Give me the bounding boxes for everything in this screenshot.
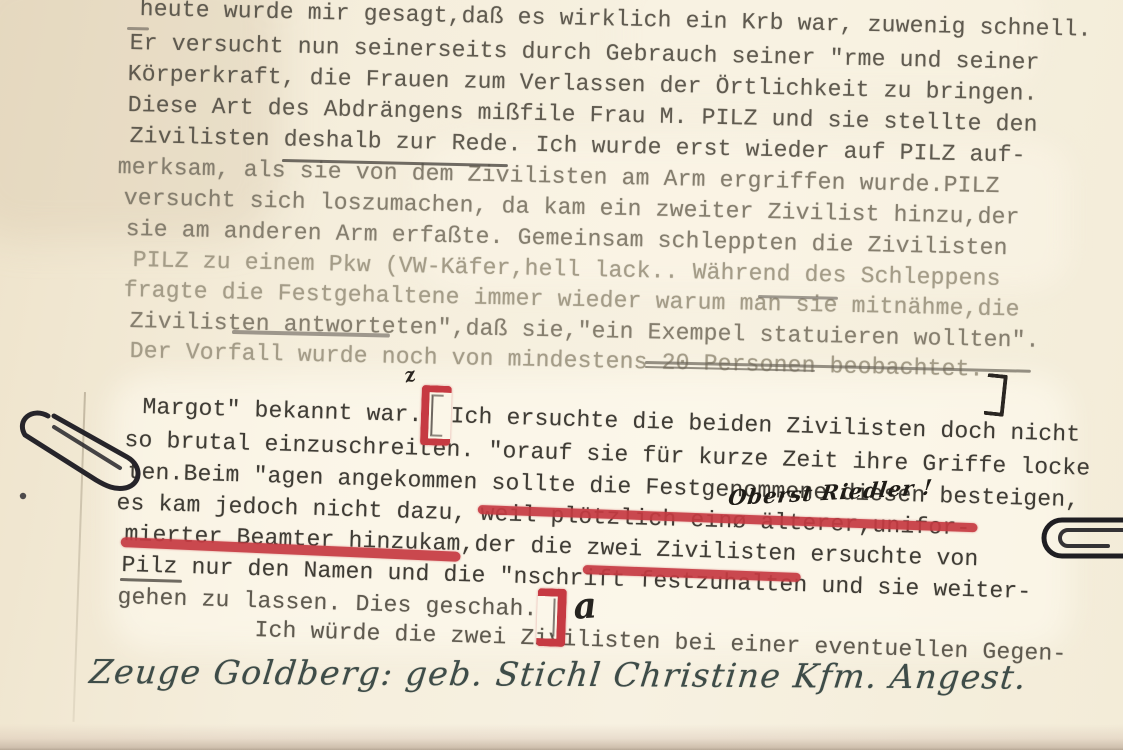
handwritten-footer: Zeuge Goldberg: geb. Stichl Christine Kf… <box>88 652 1030 697</box>
ink-letter-a: a <box>572 584 598 628</box>
red-close-bracket-mark <box>536 588 567 647</box>
scan-bottom-edge <box>0 724 1123 750</box>
typed-line: gehen zu lassen. Dies geschah. <box>117 584 538 622</box>
red-open-bracket-mark <box>420 385 452 446</box>
paperclip-icon <box>1028 510 1123 568</box>
typed-underline <box>120 578 182 583</box>
correction-mark <box>127 27 149 30</box>
scanned-document-page: heute wurde mir gesagt,daß es wirklich e… <box>0 0 1123 750</box>
paperclip-icon <box>8 400 153 515</box>
black-close-bracket-mark <box>984 373 1008 417</box>
